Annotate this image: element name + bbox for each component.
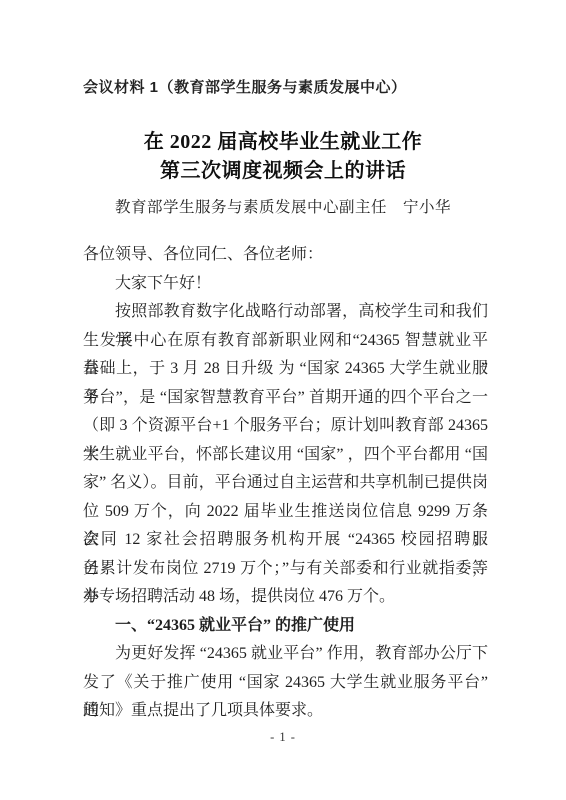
header-label: 会议材料 1（教育部学生服务与素质发展中心） <box>83 76 407 97</box>
page-number: - 1 - <box>0 730 566 745</box>
body-line: 学生就业平台，怀部长建议用 “国家” ，四个平台都用 “国 <box>83 441 488 470</box>
body-line: 家” 名义）。目前，平台通过自主运营和共享机制已提供岗 <box>83 469 488 498</box>
title-line-1: 在 2022 届高校毕业生就业工作 <box>0 128 566 157</box>
body-line: 发了《关于推广使用 “国家 24365 大学生就业服务平台” 的 <box>83 669 488 698</box>
byline: 教育部学生服务与素质发展中心副主任 宁小华 <box>0 195 566 217</box>
document-page: 会议材料 1（教育部学生服务与素质发展中心） 在 2022 届高校毕业生就业工作… <box>0 0 566 800</box>
body-line: 位 509 万个，向 2022 届毕业生推送岗位信息 9299 万条次； <box>83 498 488 527</box>
body-line: 通知》重点提出了几项具体要求。 <box>83 697 488 726</box>
body-line: 已累计发布岗位 2719 万个；与有关部委和行业就指委等举 <box>83 555 488 584</box>
body-text: 各位领导、各位同仁、各位老师： 大家下午好！ 按照部教育数字化战略行动部署，高校… <box>83 241 488 726</box>
body-line: （即 3 个资源平台+1 个服务平台；原计划叫教育部 24365 大 <box>83 412 488 441</box>
body-line: 大家下午好！ <box>83 270 488 299</box>
body-line: 按照部教育数字化战略行动部署，高校学生司和我们学 <box>83 298 488 327</box>
body-line: 生发展中心在原有教育部新职业网和“24365 智慧就业平台” <box>83 327 488 356</box>
salutation-line: 各位领导、各位同仁、各位老师： <box>83 241 488 270</box>
body-line: 平台”，是 “国家智慧教育平台” 首期开通的四个平台之一 <box>83 384 488 413</box>
body-line: 办专场招聘活动 48 场，提供岗位 476 万个。 <box>83 583 488 612</box>
document-title: 在 2022 届高校毕业生就业工作 第三次调度视频会上的讲话 <box>0 128 566 186</box>
body-line: 会同 12 家社会招聘服务机构开展 “24365 校园招聘服务”， <box>83 526 488 555</box>
title-line-2: 第三次调度视频会上的讲话 <box>0 157 566 186</box>
section-heading: 一、“24365 就业平台” 的推广使用 <box>83 612 488 641</box>
body-line: 基础上，于 3 月 28 日升级 为 “国家 24365 大学生就业服务 <box>83 355 488 384</box>
body-line: 为更好发挥 “24365 就业平台” 作用，教育部办公厅下 <box>83 640 488 669</box>
